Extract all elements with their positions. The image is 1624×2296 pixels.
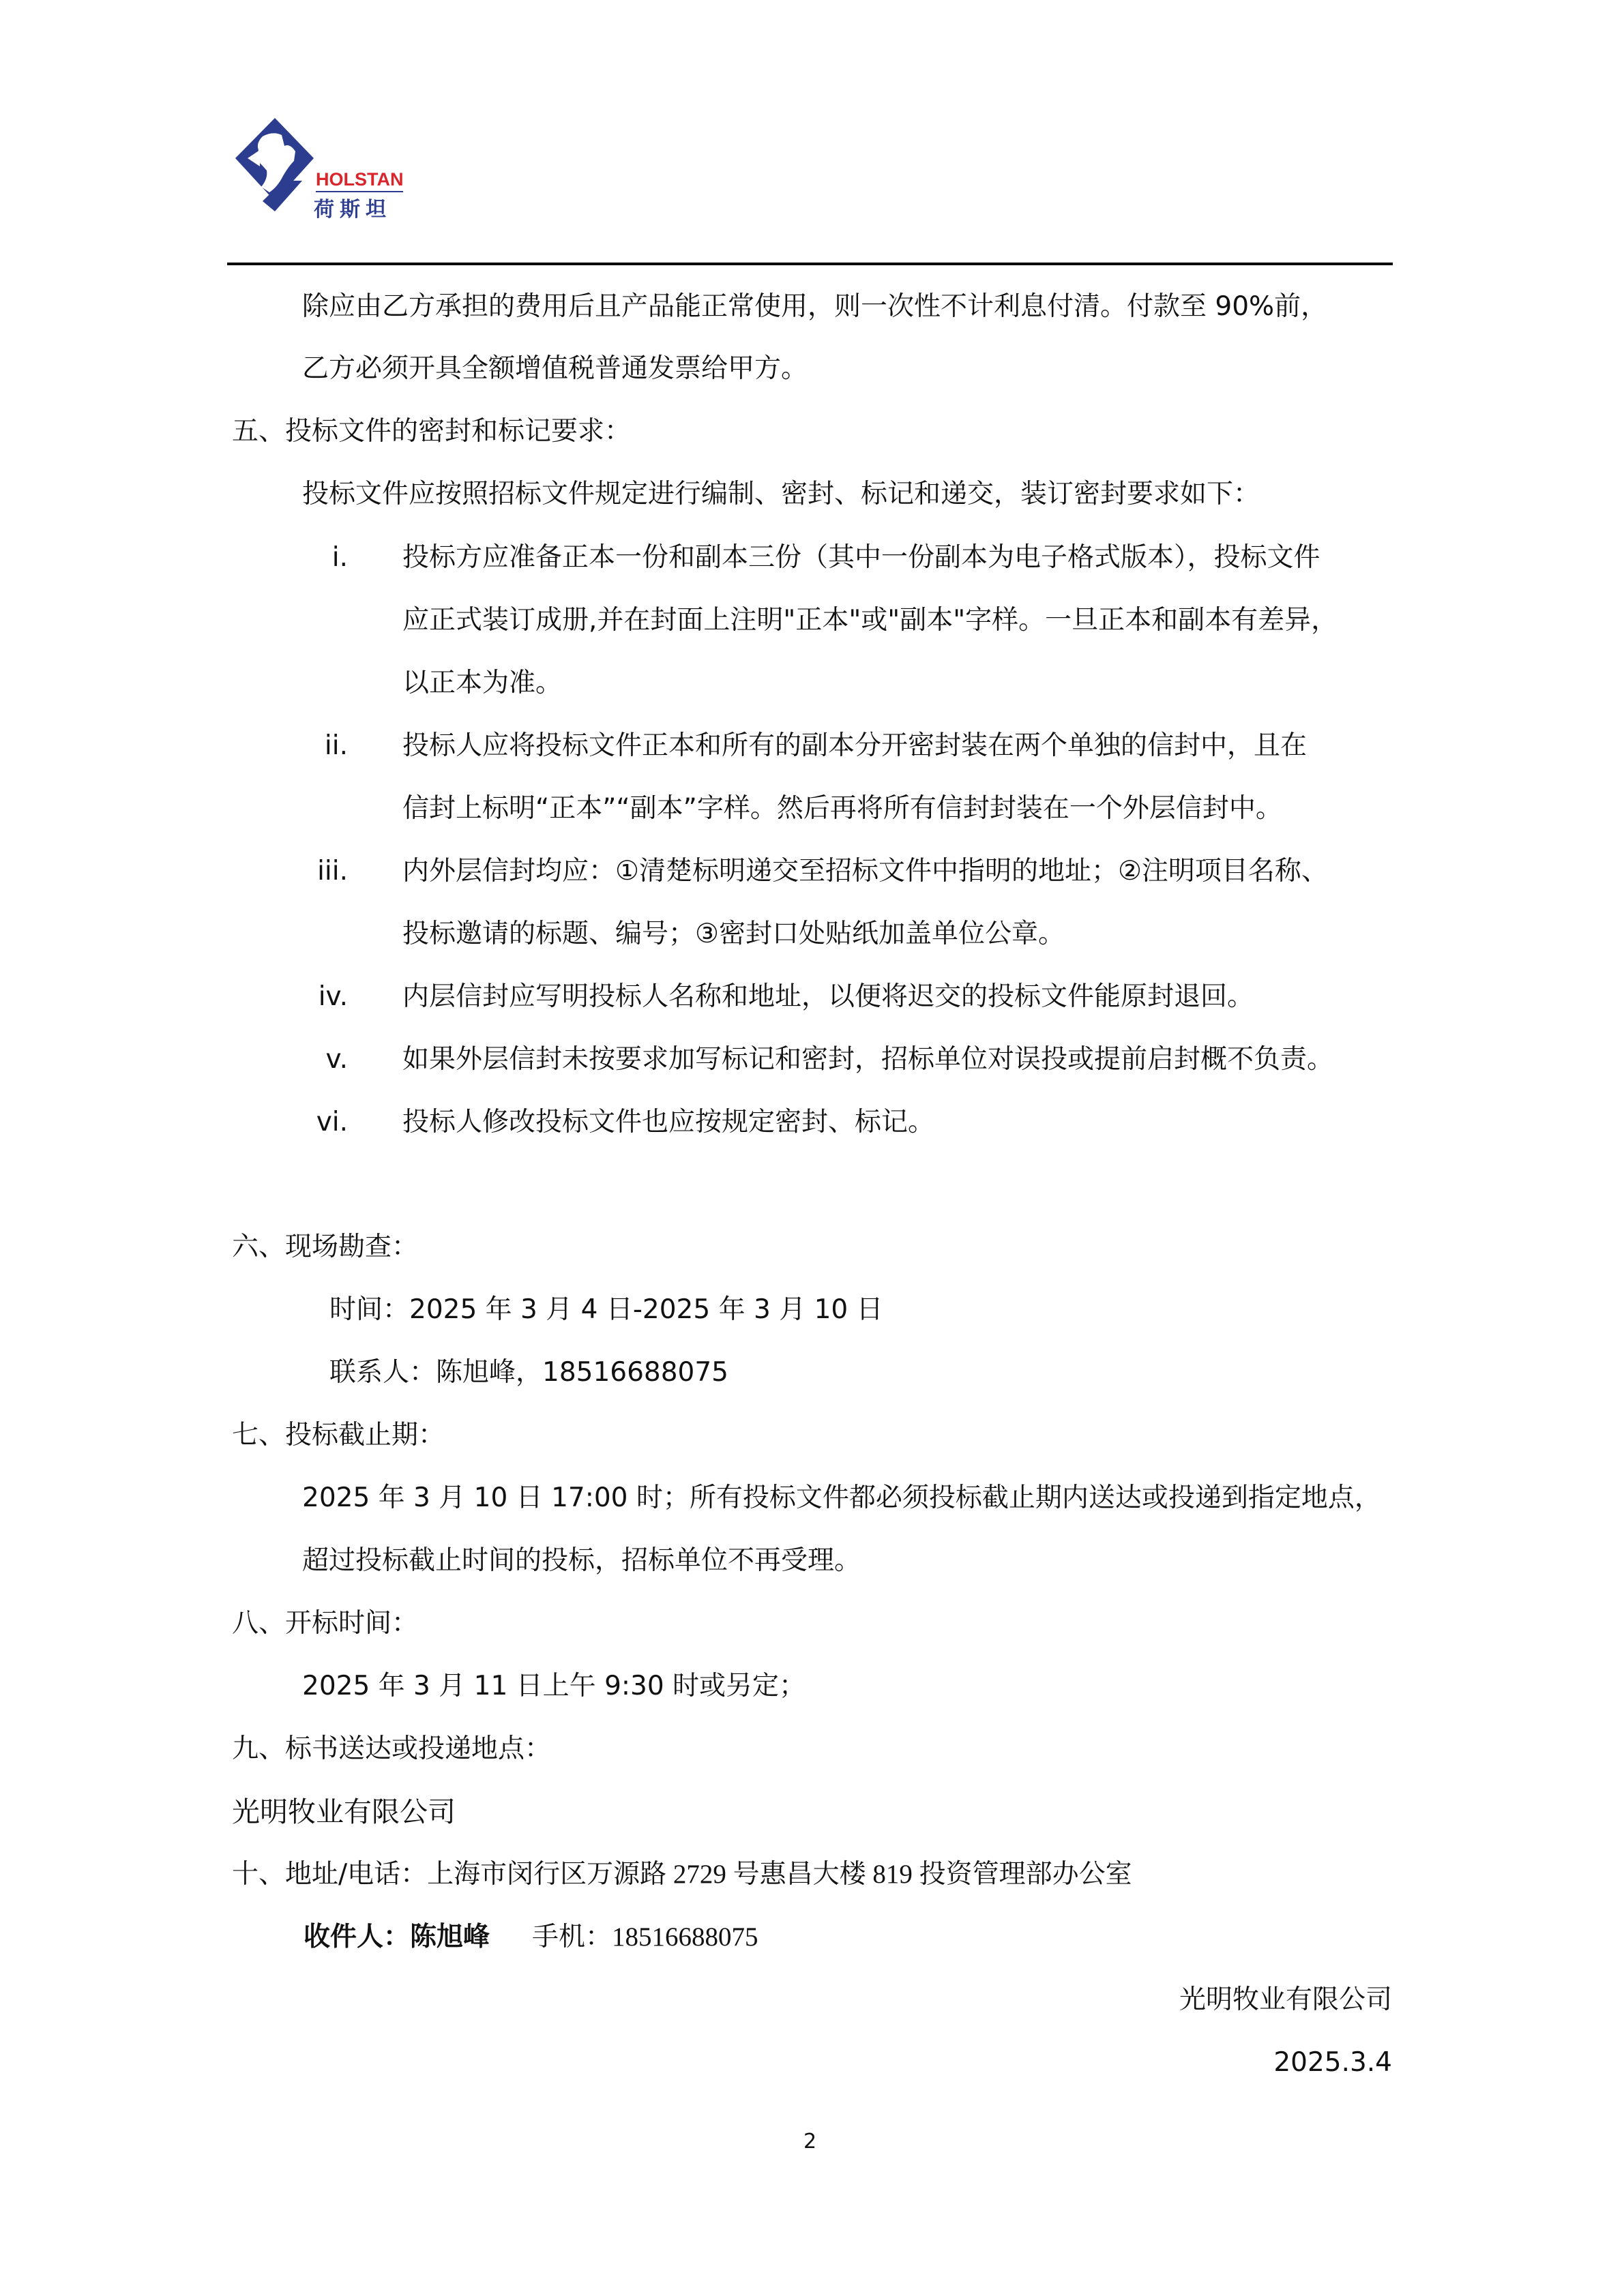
item-1-line-3: 以正本为准。 — [402, 668, 562, 699]
delivery-company: 光明牧业有限公司 — [232, 1796, 456, 1828]
item-6-line-1: 投标人修改投标文件也应按规定密封、标记。 — [402, 1107, 934, 1138]
section7-heading: 七、投标截止期： — [232, 1420, 445, 1451]
item-2-line-2: 信封上标明“正本”“副本”字样。然后再将所有信封封装在一个外层信封中。 — [402, 793, 1282, 824]
item-4-line-1: 内层信封应写明投标人名称和地址，以便将迟交的投标文件能原封退回。 — [402, 981, 1254, 1013]
item-5-line-1: 如果外层信封未按要求加写标记和密封，招标单位对误投或提前启封概不负责。 — [402, 1044, 1333, 1075]
logo-brand-en: HOLSTAN — [316, 169, 404, 190]
section8-heading: 八、开标时间： — [232, 1608, 418, 1639]
header-rule — [227, 263, 1393, 265]
item-number: v. — [300, 1044, 348, 1075]
cow-diamond-icon — [235, 116, 317, 232]
section6-heading: 六、现场勘查： — [232, 1232, 418, 1263]
company-logo: HOLSTAN 荷斯坦 — [235, 116, 399, 232]
address-value: 上海市闵行区万源路 2729 号惠昌大楼 819 投资管理部办公室 — [427, 1860, 1132, 1889]
item-3-line-1: 内外层信封均应：①清楚标明递交至招标文件中指明的地址；②注明项目名称、 — [402, 856, 1328, 887]
item-3-line-2: 投标邀请的标题、编号；③密封口处贴纸加盖单位公章。 — [402, 919, 1065, 950]
section10-line: 十、地址/电话：上海市闵行区万源路 2729 号惠昌大楼 819 投资管理部办公… — [232, 1859, 1132, 1890]
deadline-line-2: 超过投标截止时间的投标，招标单位不再受理。 — [302, 1545, 861, 1577]
deadline-line-1: 2025 年 3 月 10 日 17:00 时；所有投标文件都必须投标截止期内送… — [302, 1482, 1381, 1514]
recipient-line: 收件人：陈旭峰手机：18516688075 — [304, 1922, 758, 1953]
item-number: ii. — [300, 730, 348, 762]
item-number: i. — [300, 542, 348, 573]
section9-heading: 九、标书送达或投递地点： — [232, 1733, 551, 1765]
item-number: iii. — [300, 856, 348, 887]
signature-date: 2025.3.4 — [1273, 2047, 1392, 2078]
phone-value: 18516688075 — [612, 1922, 758, 1952]
item-number: vi. — [300, 1107, 348, 1138]
opening-time: 2025 年 3 月 11 日上午 9:30 时或另定； — [302, 1671, 806, 1702]
continuation-line-2: 乙方必须开具全额增值税普通发票给甲方。 — [302, 353, 808, 385]
item-number: iv. — [300, 981, 348, 1013]
recipient-label: 收件人：陈旭峰 — [304, 1922, 490, 1952]
survey-contact: 联系人：陈旭峰，18516688075 — [329, 1357, 728, 1388]
phone-label: 手机： — [532, 1922, 612, 1952]
page-number: 2 — [803, 2130, 816, 2153]
survey-time: 时间：2025 年 3 月 4 日-2025 年 3 月 10 日 — [329, 1294, 883, 1326]
section5-heading: 五、投标文件的密封和标记要求： — [232, 416, 631, 447]
continuation-line-1: 除应由乙方承担的费用后且产品能正常使用，则一次性不计利息付清。付款至 90%前， — [302, 291, 1327, 323]
logo-brand-cn: 荷斯坦 — [314, 192, 392, 222]
item-1-line-1: 投标方应准备正本一份和副本三份（其中一份副本为电子格式版本），投标文件 — [402, 542, 1320, 573]
address-label: 十、地址/电话： — [232, 1859, 427, 1890]
item-2-line-1: 投标人应将投标文件正本和所有的副本分开密封装在两个单独的信封中，且在 — [402, 730, 1307, 762]
item-1-line-2: 应正式装订成册,并在封面上注明"正本"或"副本"字样。一旦正本和副本有差异， — [402, 605, 1338, 636]
signature-company: 光明牧业有限公司 — [1179, 1984, 1392, 2016]
section5-intro: 投标文件应按照招标文件规定进行编制、密封、标记和递交，装订密封要求如下： — [302, 479, 1260, 510]
